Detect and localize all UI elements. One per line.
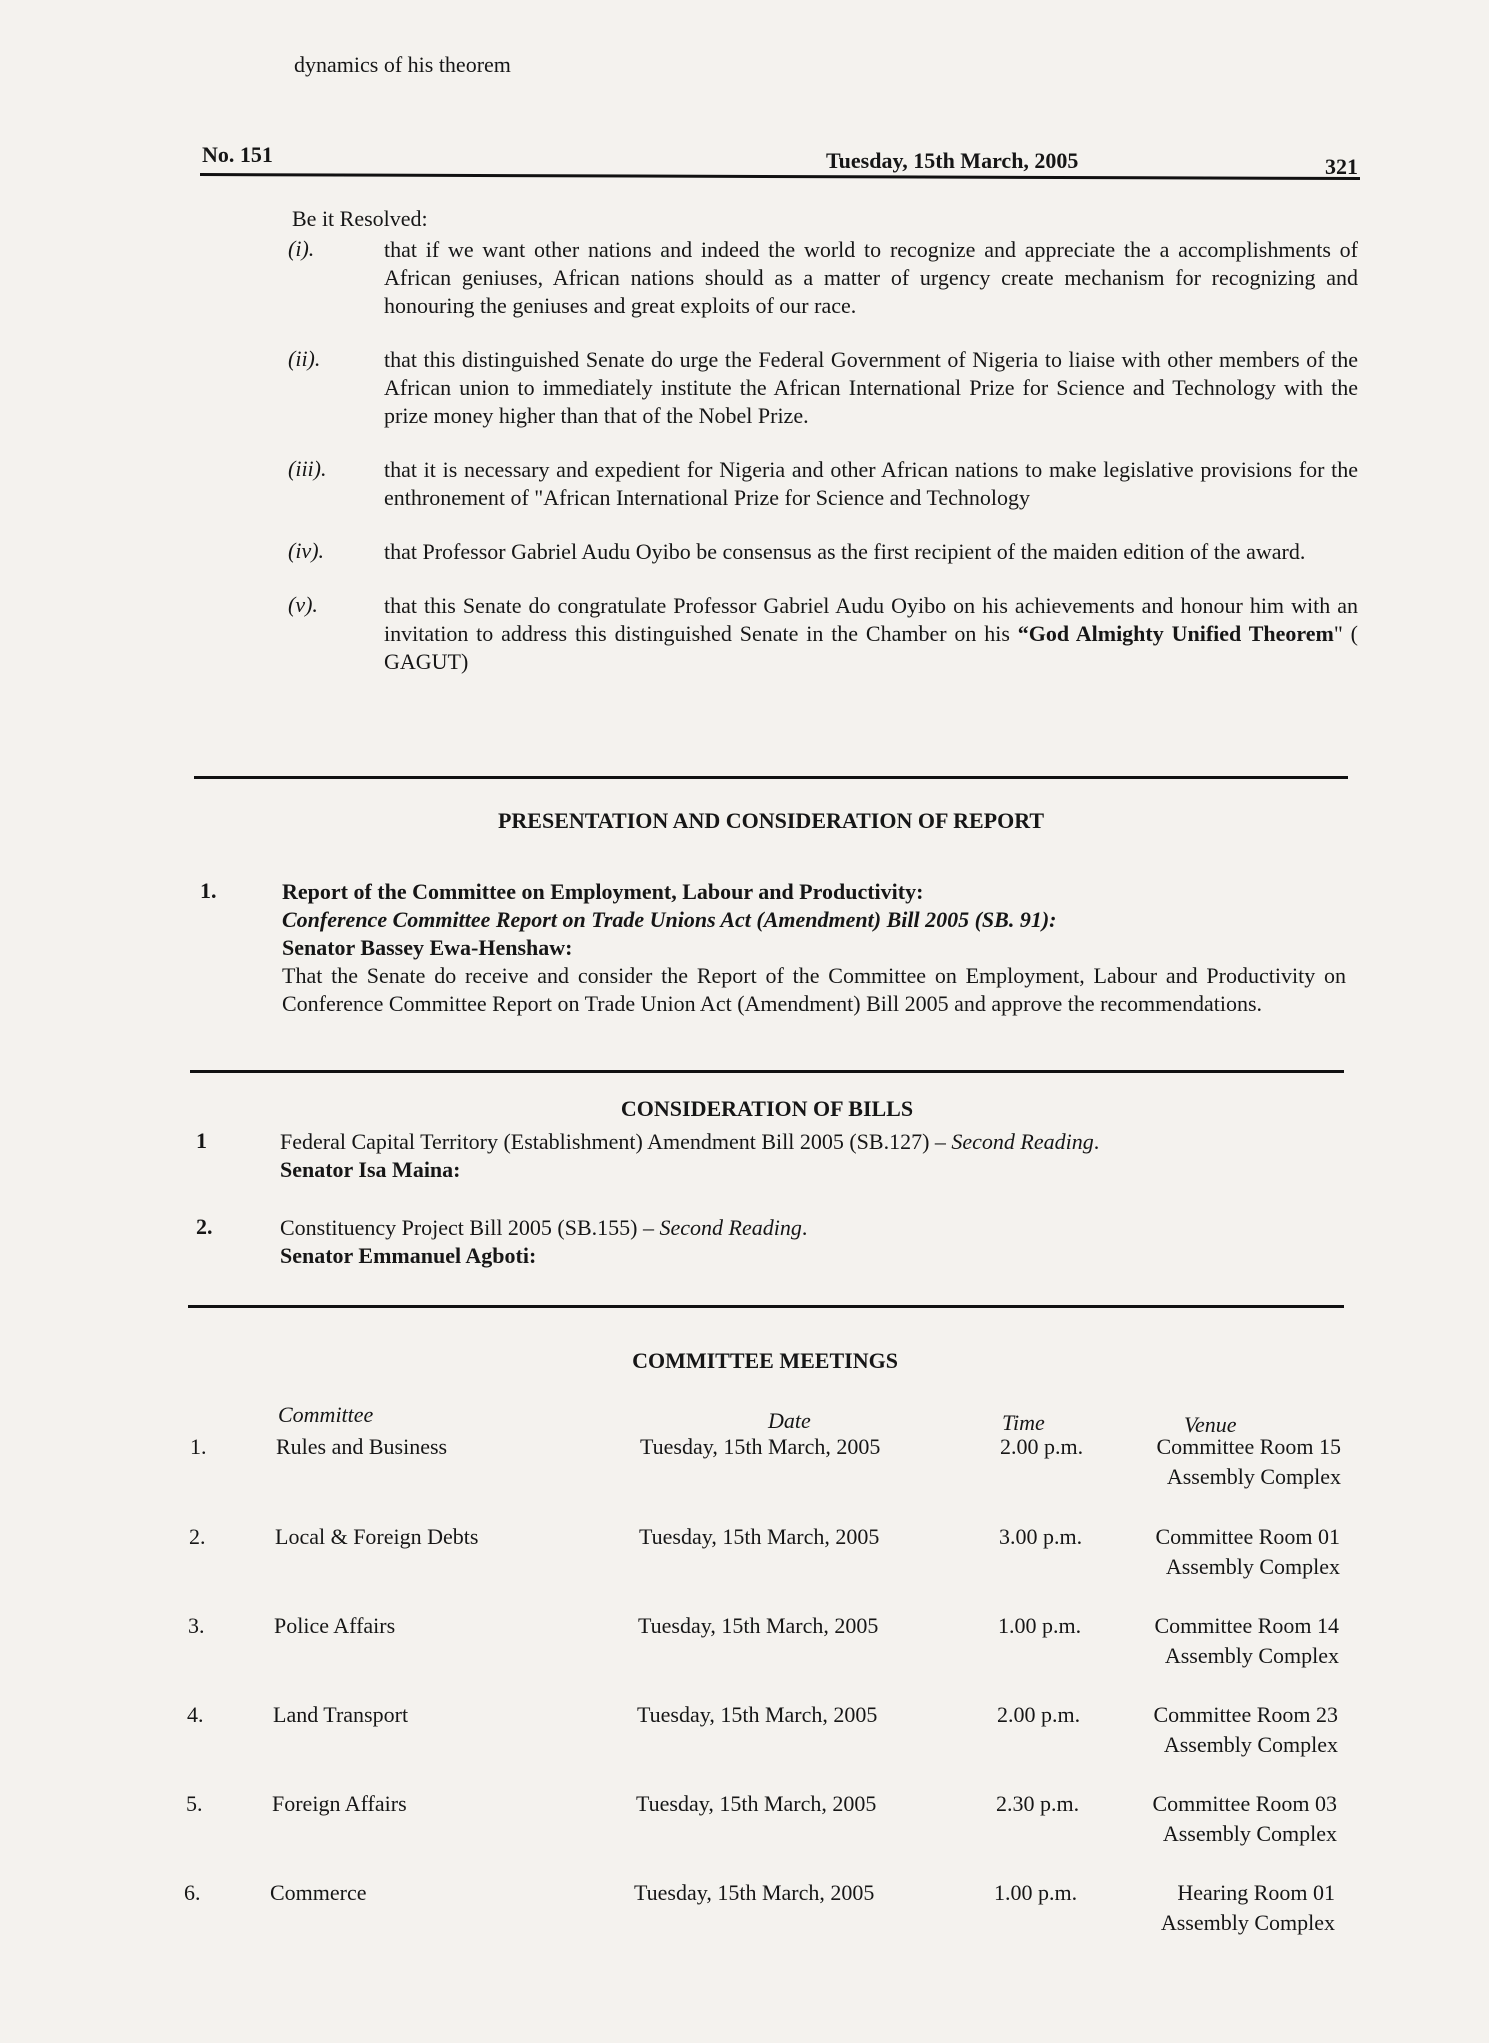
meeting-time: 2.30 p.m. — [996, 1789, 1079, 1819]
meeting-date: Tuesday, 15th March, 2005 — [637, 1700, 877, 1730]
issue-number: No. 151 — [202, 142, 273, 168]
bill-sponsor: Senator Isa Maina: — [280, 1156, 1346, 1184]
meeting-venue: Committee Room 23Assembly Complex — [1078, 1700, 1338, 1760]
resolution-text: that if we want other nations and indeed… — [384, 236, 1358, 320]
report-number: 1. — [200, 878, 217, 904]
meeting-time: 3.00 p.m. — [999, 1522, 1082, 1552]
meeting-time: 1.00 p.m. — [998, 1611, 1081, 1641]
bill-number: 2. — [196, 1214, 213, 1240]
venue-complex: Assembly Complex — [1078, 1730, 1338, 1760]
venue-room: Committee Room 23 — [1078, 1700, 1338, 1730]
resolution-number: (v). — [288, 592, 318, 618]
meeting-time: 1.00 p.m. — [994, 1878, 1077, 1908]
report-subheading: Conference Committee Report on Trade Uni… — [282, 906, 1346, 934]
meeting-committee: Rules and Business — [276, 1432, 447, 1462]
meeting-date: Tuesday, 15th March, 2005 — [636, 1789, 876, 1819]
bill-stage: Second Reading — [660, 1215, 802, 1240]
report-motion: That the Senate do receive and consider … — [282, 962, 1346, 1018]
report-item: 1. Report of the Committee on Employment… — [196, 878, 1346, 1018]
resolution-text: that Professor Gabriel Audu Oyibo be con… — [384, 538, 1358, 566]
venue-complex: Assembly Complex — [1077, 1819, 1337, 1849]
bill-item: 2. Constituency Project Bill 2005 (SB.15… — [196, 1214, 1346, 1270]
bill-title: Federal Capital Territory (Establishment… — [280, 1129, 951, 1154]
report-sponsor: Senator Bassey Ewa-Henshaw: — [282, 934, 1346, 962]
resolution-item: (iii). that it is necessary and expedien… — [288, 456, 1358, 512]
bill-title: Constituency Project Bill 2005 (SB.155) … — [280, 1215, 660, 1240]
meetings-section-title: COMMITTEE MEETINGS — [190, 1348, 1340, 1374]
meeting-committee: Commerce — [270, 1878, 367, 1908]
header-rule — [200, 173, 1360, 180]
meeting-venue: Committee Room 01Assembly Complex — [1080, 1522, 1340, 1582]
meeting-number: 1. — [190, 1432, 207, 1462]
venue-complex: Assembly Complex — [1075, 1908, 1335, 1938]
carryover-text: dynamics of his theorem — [294, 52, 511, 78]
venue-complex: Assembly Complex — [1081, 1462, 1341, 1492]
header-date: Tuesday, 15th March, 2005 — [826, 148, 1078, 174]
venue-complex: Assembly Complex — [1079, 1641, 1339, 1671]
theorem-name: “God Almighty Unified Theorem — [1018, 621, 1334, 646]
resolution-number: (iv). — [288, 538, 324, 564]
resolution-item: (v). that this Senate do congratulate Pr… — [288, 592, 1358, 676]
section-divider — [194, 776, 1348, 779]
meeting-time: 2.00 p.m. — [997, 1700, 1080, 1730]
meeting-number: 6. — [184, 1878, 201, 1908]
meeting-date: Tuesday, 15th March, 2005 — [638, 1611, 878, 1641]
meeting-date: Tuesday, 15th March, 2005 — [634, 1878, 874, 1908]
meeting-venue: Committee Room 03Assembly Complex — [1077, 1789, 1337, 1849]
meeting-time: 2.00 p.m. — [1000, 1432, 1083, 1462]
venue-room: Committee Room 01 — [1080, 1522, 1340, 1552]
resolution-number: (ii). — [288, 346, 320, 372]
meeting-committee: Land Transport — [273, 1700, 408, 1730]
bill-stage: Second Reading — [951, 1129, 1093, 1154]
meeting-venue: Hearing Room 01Assembly Complex — [1075, 1878, 1335, 1938]
bill-sponsor: Senator Emmanuel Agboti: — [280, 1242, 1346, 1270]
meeting-venue: Committee Room 14Assembly Complex — [1079, 1611, 1339, 1671]
column-header-committee: Committee — [278, 1402, 373, 1428]
bills-list: 1 Federal Capital Territory (Establishme… — [196, 1128, 1346, 1300]
resolution-list: (i). that if we want other nations and i… — [288, 236, 1358, 702]
section-divider — [188, 1305, 1344, 1308]
meeting-venue: Committee Room 15Assembly Complex — [1081, 1432, 1341, 1492]
resolution-text: that it is necessary and expedient for N… — [384, 456, 1358, 512]
resolution-number: (i). — [288, 236, 314, 262]
report-section-title: PRESENTATION AND CONSIDERATION OF REPORT — [194, 808, 1348, 834]
meeting-date: Tuesday, 15th March, 2005 — [639, 1522, 879, 1552]
venue-room: Hearing Room 01 — [1075, 1878, 1335, 1908]
report-heading: Report of the Committee on Employment, L… — [282, 878, 1346, 906]
section-divider — [190, 1070, 1344, 1073]
meeting-committee: Police Affairs — [274, 1611, 395, 1641]
meeting-committee: Local & Foreign Debts — [275, 1522, 478, 1552]
resolution-text: that this Senate do congratulate Profess… — [384, 592, 1358, 676]
meeting-date: Tuesday, 15th March, 2005 — [640, 1432, 880, 1462]
meeting-number: 3. — [188, 1611, 205, 1641]
meeting-number: 5. — [186, 1789, 203, 1819]
venue-complex: Assembly Complex — [1080, 1552, 1340, 1582]
resolution-number: (iii). — [288, 456, 327, 482]
bill-item: 1 Federal Capital Territory (Establishme… — [196, 1128, 1346, 1184]
venue-room: Committee Room 15 — [1081, 1432, 1341, 1462]
meeting-number: 4. — [187, 1700, 204, 1730]
meeting-number: 2. — [189, 1522, 206, 1552]
bill-number: 1 — [196, 1128, 207, 1154]
venue-room: Committee Room 03 — [1077, 1789, 1337, 1819]
resolution-text: that this distinguished Senate do urge t… — [384, 346, 1358, 430]
column-header-date: Date — [768, 1408, 811, 1434]
resolution-item: (ii). that this distinguished Senate do … — [288, 346, 1358, 430]
page-header: No. 151 Tuesday, 15th March, 2005 321 — [200, 140, 1360, 180]
resolution-item: (i). that if we want other nations and i… — [288, 236, 1358, 320]
bills-section-title: CONSIDERATION OF BILLS — [190, 1096, 1344, 1122]
meeting-committee: Foreign Affairs — [272, 1789, 407, 1819]
venue-room: Committee Room 14 — [1079, 1611, 1339, 1641]
resolution-intro: Be it Resolved: — [292, 206, 428, 232]
resolution-item: (iv). that Professor Gabriel Audu Oyibo … — [288, 538, 1358, 566]
